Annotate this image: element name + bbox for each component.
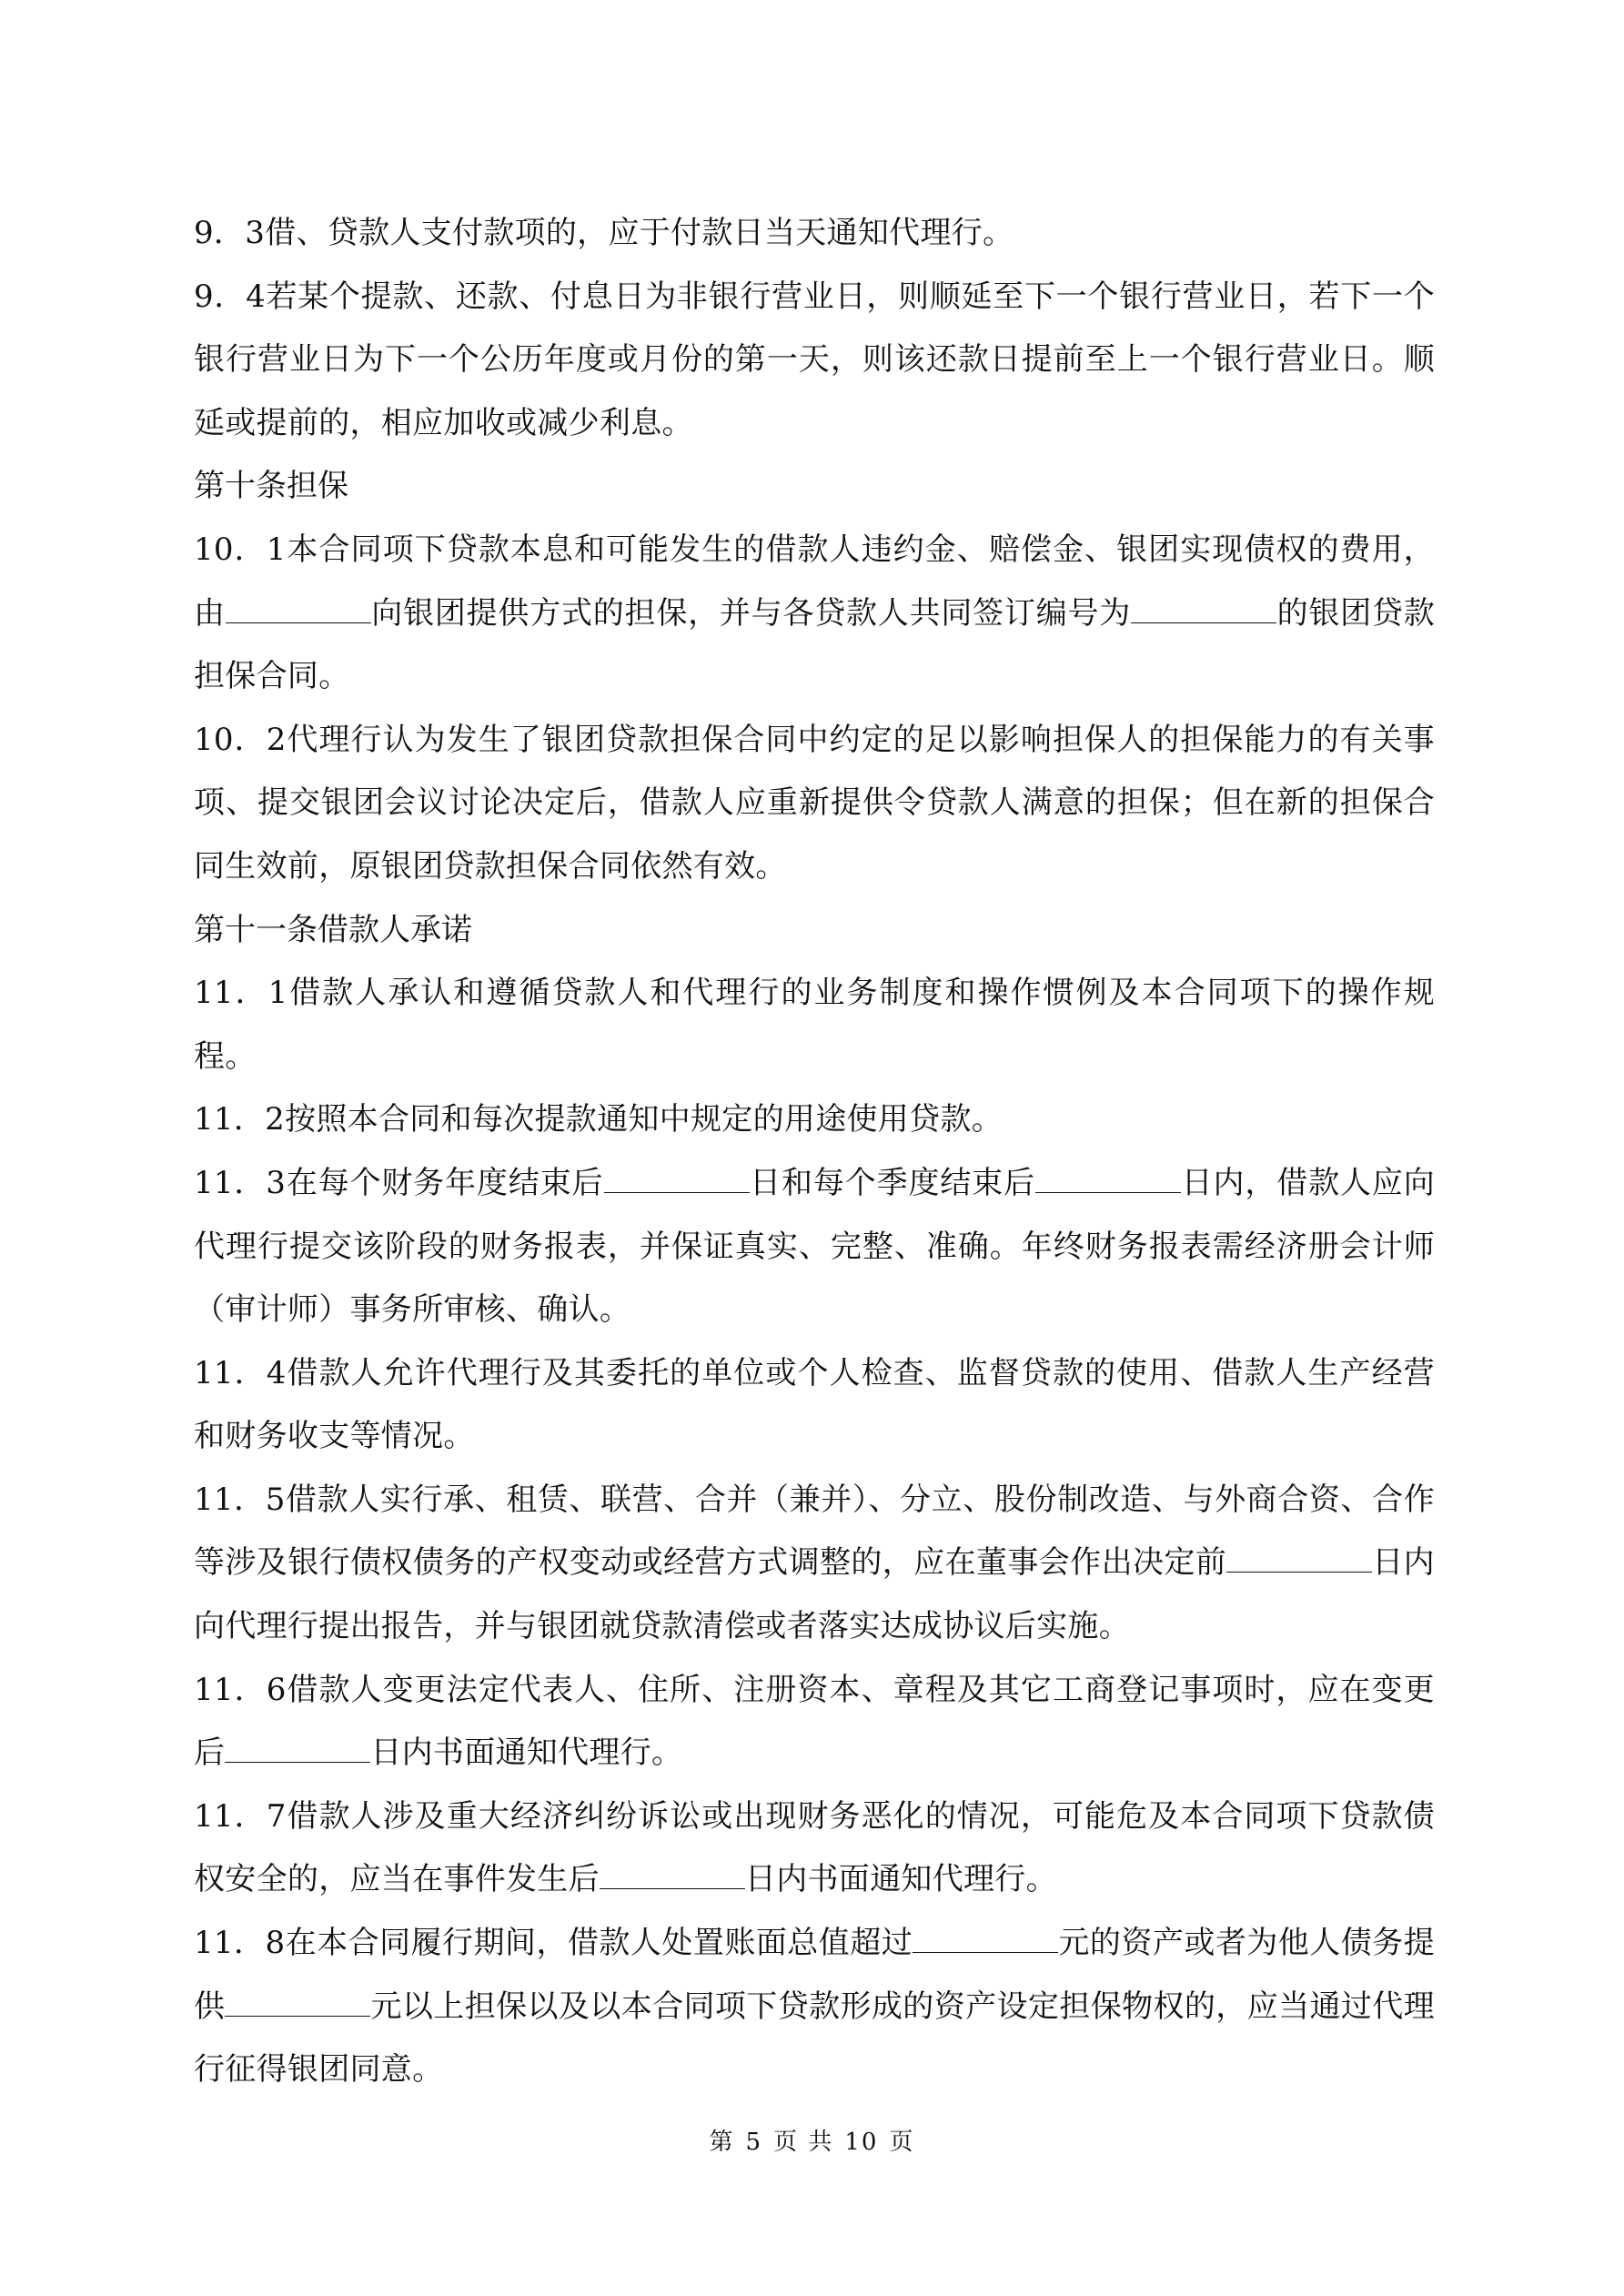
clause-text: 11．1借款人承认和遵循贷款人和代理行的业务制度和操作惯例及本合同项下的操作规程… bbox=[194, 975, 1435, 1075]
clause-11-6: 11．6借款人变更法定代表人、住所、注册资本、章程及其它工商登记事项时，应在变更… bbox=[194, 1659, 1435, 1785]
fill-in-blank bbox=[1131, 597, 1276, 623]
page-number-footer: 第5页 共10页 bbox=[0, 2123, 1624, 2157]
fill-in-blank bbox=[225, 1990, 370, 2017]
clause-9-3: 9．3借、贷款人支付款项的，应于付款日当天通知代理行。 bbox=[194, 202, 1435, 266]
clause-text: 11．4借款人允许代理行及其委托的单位或个人检查、监督贷款的使用、借款人生产经营… bbox=[194, 1355, 1435, 1455]
clause-text: 11．8在本合同履行期间，借款人处置账面总值超过 bbox=[194, 1925, 913, 1961]
clause-9-4: 9．4若某个提款、还款、付息日为非银行营业日，则顺延至下一个银行营业日，若下一个… bbox=[194, 266, 1435, 456]
clause-text: 9．3借、贷款人支付款项的，应于付款日当天通知代理行。 bbox=[194, 215, 1014, 251]
article-10-heading: 第十条担保 bbox=[194, 455, 1435, 519]
fill-in-blank bbox=[1226, 1546, 1372, 1573]
footer-prefix: 第 bbox=[710, 2129, 735, 2156]
heading-text: 第十条担保 bbox=[194, 468, 348, 504]
clause-text: 11．3在每个财务年度结束后 bbox=[194, 1165, 604, 1201]
clause-11-3: 11．3在每个财务年度结束后日和每个季度结束后日内，借款人应向代理行提交该阶段的… bbox=[194, 1152, 1435, 1342]
footer-suffix: 页 bbox=[889, 2129, 914, 2156]
clause-10-1: 10．1本合同项下贷款本息和可能发生的借款人违约金、赔偿金、银团实现债权的费用，… bbox=[194, 519, 1435, 709]
fill-in-blank bbox=[226, 597, 371, 623]
fill-in-blank bbox=[600, 1863, 745, 1889]
clause-11-5: 11．5借款人实行承、租赁、联营、合并（兼并）、分立、股份制改造、与外商合资、合… bbox=[194, 1469, 1435, 1659]
clause-text: 日内书面通知代理行。 bbox=[745, 1861, 1057, 1897]
clause-text: 日和每个季度结束后 bbox=[750, 1165, 1035, 1201]
clause-10-2: 10．2代理行认为发生了银团贷款担保合同中约定的足以影响担保人的担保能力的有关事… bbox=[194, 709, 1435, 899]
clause-11-7: 11．7借款人涉及重大经济纠纷诉讼或出现财务恶化的情况，可能危及本合同项下贷款债… bbox=[194, 1785, 1435, 1912]
clause-text: 11．2按照本合同和每次提款通知中规定的用途使用贷款。 bbox=[194, 1101, 1003, 1138]
clause-11-8: 11．8在本合同履行期间，借款人处置账面总值超过元的资产或者为他人债务提供元以上… bbox=[194, 1912, 1435, 2102]
fill-in-blank bbox=[604, 1167, 750, 1193]
current-page-number: 5 bbox=[746, 2129, 763, 2156]
footer-middle: 页 共 bbox=[773, 2129, 833, 2156]
clause-text: 向银团提供方式的担保，并与各贷款人共同签订编号为 bbox=[371, 595, 1131, 632]
clause-text: 9．4若某个提款、还款、付息日为非银行营业日，则顺延至下一个银行营业日，若下一个… bbox=[194, 278, 1435, 441]
total-pages-number: 10 bbox=[844, 2129, 878, 2156]
clause-11-2: 11．2按照本合同和每次提款通知中规定的用途使用贷款。 bbox=[194, 1088, 1435, 1152]
document-body: 9．3借、贷款人支付款项的，应于付款日当天通知代理行。 9．4若某个提款、还款、… bbox=[194, 202, 1435, 2102]
article-11-heading: 第十一条借款人承诺 bbox=[194, 899, 1435, 963]
clause-text: 日内书面通知代理行。 bbox=[370, 1735, 682, 1771]
fill-in-blank bbox=[913, 1927, 1058, 1953]
heading-text: 第十一条借款人承诺 bbox=[194, 912, 472, 948]
fill-in-blank bbox=[225, 1736, 370, 1763]
clause-text: 10．2代理行认为发生了银团贷款担保合同中约定的足以影响担保人的担保能力的有关事… bbox=[194, 722, 1435, 885]
clause-text: 元以上担保以及以本合同项下贷款形成的资产设定担保物权的，应当通过代理行征得银团同… bbox=[194, 1988, 1435, 2089]
fill-in-blank bbox=[1035, 1167, 1181, 1193]
clause-11-4: 11．4借款人允许代理行及其委托的单位或个人检查、监督贷款的使用、借款人生产经营… bbox=[194, 1342, 1435, 1469]
clause-11-1: 11．1借款人承认和遵循贷款人和代理行的业务制度和操作惯例及本合同项下的操作规程… bbox=[194, 962, 1435, 1088]
